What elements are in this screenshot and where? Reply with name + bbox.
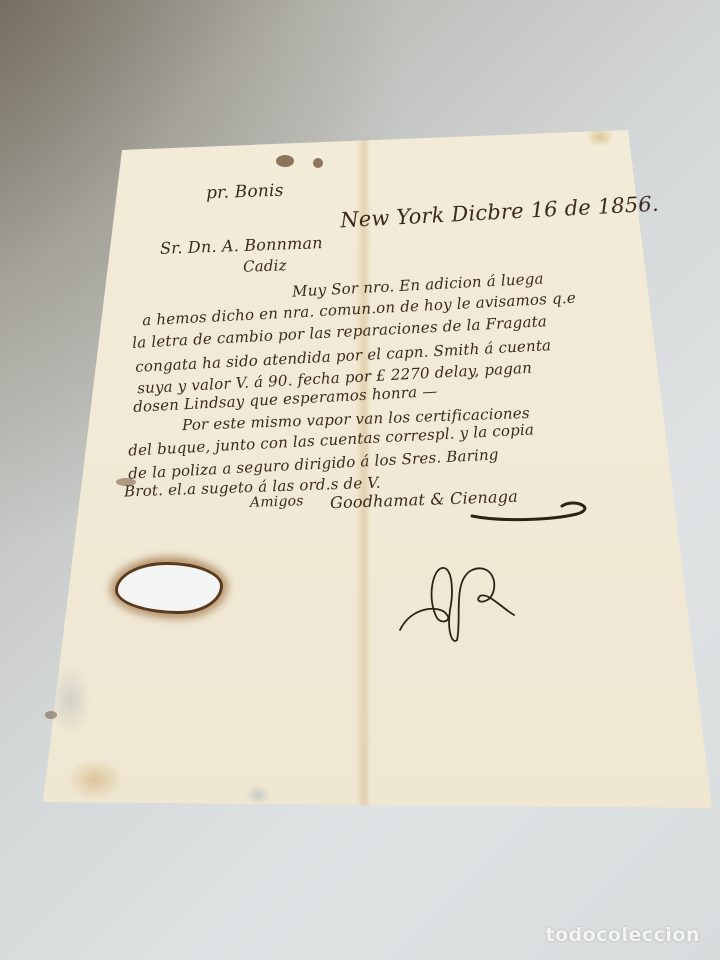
- burn-hole: [118, 565, 220, 611]
- watermark-text: todocoleccion: [545, 924, 700, 946]
- initials-monogram: [392, 560, 522, 650]
- addressee-city: Cadiz: [243, 256, 287, 276]
- ink-blot: [45, 711, 57, 719]
- paper-fold-line: [364, 140, 367, 805]
- ink-blot: [276, 155, 294, 167]
- signature-underline-flourish: [462, 488, 622, 528]
- letter-reference: pr. Bonis: [206, 181, 284, 204]
- letter-closing: Amigos: [250, 493, 304, 511]
- ink-blot: [313, 158, 323, 168]
